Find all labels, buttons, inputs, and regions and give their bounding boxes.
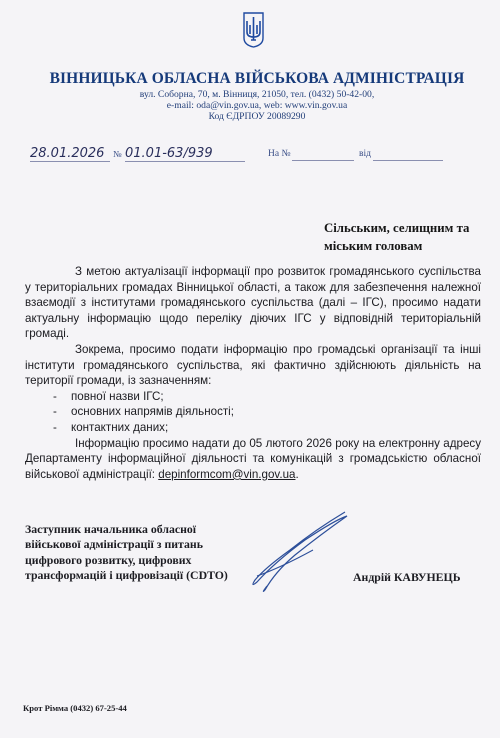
executor-contact: Крот Рімма (0432) 67-25-44 [23, 703, 127, 713]
signer-name: Андрій КАВУНЕЦЬ [353, 570, 461, 585]
reference-row: 28.01.2026 № 01.01-63/939 На № від [30, 146, 480, 166]
outgoing-date: 28.01.2026 [30, 146, 110, 162]
trident-coat-of-arms-icon [243, 12, 264, 48]
body-paragraph: Інформацію просимо надати до 05 лютого 2… [25, 436, 481, 483]
body-paragraph: З метою актуалізації інформації про розв… [25, 264, 481, 342]
body-paragraph: Зокрема, просимо подати інформацію про г… [25, 342, 481, 389]
from-blank [373, 160, 443, 161]
handwritten-signature-icon [195, 510, 355, 595]
org-contacts: e-mail: oda@vin.gov.ua, web: www.vin.gov… [0, 100, 500, 111]
reply-to-blank [292, 160, 354, 161]
list-item: контактних даних; [53, 420, 481, 436]
sentence-end: . [295, 468, 298, 481]
addressee: Сільським, селищним та міським головам [324, 219, 494, 255]
org-address: вул. Соборна, 70, м. Вінниця, 21050, тел… [0, 89, 500, 100]
from-label: від [359, 149, 371, 159]
list-item: повної назви ІГС; [53, 389, 481, 405]
list-item: основних напрямів діяльності; [53, 404, 481, 420]
org-code: Код ЄДРПОУ 20089290 [0, 111, 500, 122]
outgoing-number: 01.01-63/939 [125, 146, 245, 162]
letter-page: ВІННИЦЬКА ОБЛАСНА ВІЙСЬКОВА АДМІНІСТРАЦІ… [0, 0, 500, 738]
org-name: ВІННИЦЬКА ОБЛАСНА ВІЙСЬКОВА АДМІНІСТРАЦІ… [0, 70, 500, 88]
email-link[interactable]: depinformcom@vin.gov.ua [158, 468, 295, 481]
reply-to-label: На № [268, 149, 291, 159]
addressee-line: Сільським, селищним та [324, 219, 494, 237]
letter-body: З метою актуалізації інформації про розв… [25, 264, 481, 482]
requested-info-list: повної назви ІГС; основних напрямів діял… [25, 389, 481, 436]
addressee-line: міським головам [324, 237, 494, 255]
outgoing-number-label: № [113, 149, 122, 159]
